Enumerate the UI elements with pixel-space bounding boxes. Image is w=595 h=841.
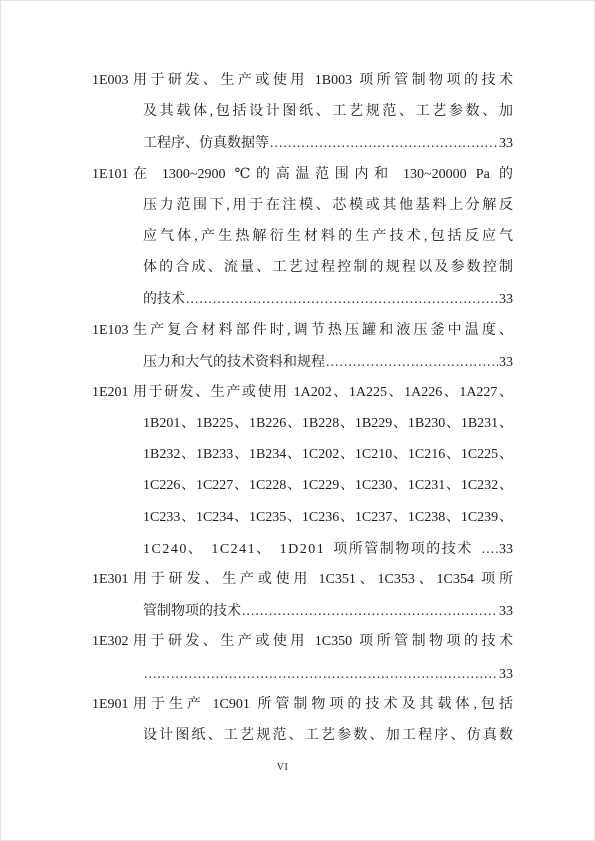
entry-code: 1E301 [92, 564, 129, 595]
toc-line: 1B201、1B225、1B226、1B228、1B229、1B230、1B23… [92, 408, 513, 439]
entry-page-number: 33 [499, 659, 513, 690]
entry-text: 的技术 [143, 284, 185, 315]
entry-page-number: 33 [499, 284, 513, 315]
entry-text: 压力和大气的技术资料和规程 [143, 347, 325, 378]
entry-code: 1E201 [92, 377, 129, 408]
toc-line: 管制物项的技术33 [92, 595, 513, 626]
entry-text: 生产复合材料部件时,调节热压罐和液压釜中温度、 [133, 315, 513, 346]
toc-line: 1E301用于研发、生产或使用 1C351、1C353、1C354 项所 [92, 564, 513, 595]
dot-leader [186, 283, 498, 314]
toc-line: 体的合成、流量、工艺过程控制的规程以及参数控制 [92, 252, 513, 283]
toc-line: 33 [92, 658, 513, 689]
toc-line: 1E302用于研发、生产或使用 1C350 项所管制物项的技术 [92, 626, 513, 657]
dot-leader [242, 595, 498, 626]
entry-text: 压力范围下,用于在注模、芯模或其他基料上分解反 [143, 190, 513, 221]
entry-text: 1C233、1C234、1C235、1C236、1C237、1C238、1C23… [143, 502, 513, 533]
entry-code: 1E302 [92, 626, 129, 657]
entry-page-number: 33 [499, 347, 513, 378]
page-footer: VI [0, 761, 565, 775]
entry-code: 1E103 [92, 315, 129, 346]
entry-text: 工程序、仿真数据等 [143, 128, 269, 159]
entry-text: 1B232、1B233、1B234、1C202、1C210、1C216、1C22… [143, 439, 513, 470]
toc-line: 1C233、1C234、1C235、1C236、1C237、1C238、1C23… [92, 502, 513, 533]
toc-line: 1C226、1C227、1C228、1C229、1C230、1C231、1C23… [92, 470, 513, 501]
toc-line: 应气体,产生热解衍生材料的生产技术,包括反应气 [92, 221, 513, 252]
toc-line: 1E003用于研发、生产或使用 1B003 项所管制物项的技术 [92, 65, 513, 96]
toc-line: 的技术33 [92, 283, 513, 314]
entry-text: 用于生产 1C901 所管制物项的技术及其载体,包括 [133, 689, 513, 720]
toc-line: 及其载体,包括设计图纸、工艺规范、工艺参数、加 [92, 96, 513, 127]
toc-line: 压力和大气的技术资料和规程33 [92, 346, 513, 377]
entry-text: 应气体,产生热解衍生材料的生产技术,包括反应气 [143, 221, 513, 252]
toc-line: 设计图纸、工艺规范、工艺参数、加工程序、仿真数 [92, 720, 513, 751]
entry-text: 用于研发、生产或使用 1C351、1C353、1C354 项所 [133, 564, 513, 595]
dot-leader [482, 533, 498, 564]
toc-line: 1E103生产复合材料部件时,调节热压罐和液压釜中温度、 [92, 315, 513, 346]
entry-text: 及其载体,包括设计图纸、工艺规范、工艺参数、加 [143, 96, 513, 127]
toc-line: 工程序、仿真数据等33 [92, 127, 513, 158]
entry-text: 1B201、1B225、1B226、1B228、1B229、1B230、1B23… [143, 408, 513, 439]
entry-code: 1E901 [92, 689, 129, 720]
toc-line: 1C240、 1C241、 1D201 项所管制物项的技术 33 [92, 533, 513, 564]
toc-line: 1B232、1B233、1B234、1C202、1C210、1C216、1C22… [92, 439, 513, 470]
entry-text: 用于研发、生产或使用 1B003 项所管制物项的技术 [133, 65, 513, 96]
entry-text: 设计图纸、工艺规范、工艺参数、加工程序、仿真数 [143, 720, 513, 751]
entry-text: 管制物项的技术 [143, 596, 241, 627]
entry-code: 1E003 [92, 65, 129, 96]
toc-line: 1E901用于生产 1C901 所管制物项的技术及其载体,包括 [92, 689, 513, 720]
entry-text: 在 1300~2900 ℃的高温范围内和 130~20000 Pa 的 [133, 159, 513, 190]
entry-text: 用于研发、生产或使用 1C350 项所管制物项的技术 [133, 626, 513, 657]
entry-page-number: 33 [499, 596, 513, 627]
entry-text: 用于研发、生产或使用 1A202、1A225、1A226、1A227、 [133, 377, 513, 408]
page-number: VI [277, 762, 289, 773]
entry-page-number: 33 [499, 128, 513, 159]
dot-leader [270, 127, 498, 158]
dot-leader [144, 658, 498, 689]
entry-text: 1C226、1C227、1C228、1C229、1C230、1C231、1C23… [143, 470, 513, 501]
dot-leader [326, 346, 498, 377]
entry-page-number: 33 [499, 534, 513, 565]
entry-code: 1E101 [92, 159, 129, 190]
document-page: 1E003用于研发、生产或使用 1B003 项所管制物项的技术及其载体,包括设计… [0, 0, 595, 841]
toc-entries: 1E003用于研发、生产或使用 1B003 项所管制物项的技术及其载体,包括设计… [92, 65, 513, 751]
toc-line: 压力范围下,用于在注模、芯模或其他基料上分解反 [92, 190, 513, 221]
entry-text: 1C240、 1C241、 1D201 项所管制物项的技术 [143, 534, 481, 565]
toc-line: 1E201用于研发、生产或使用 1A202、1A225、1A226、1A227、 [92, 377, 513, 408]
toc-line: 1E101在 1300~2900 ℃的高温范围内和 130~20000 Pa 的 [92, 159, 513, 190]
entry-text: 体的合成、流量、工艺过程控制的规程以及参数控制 [143, 252, 513, 283]
